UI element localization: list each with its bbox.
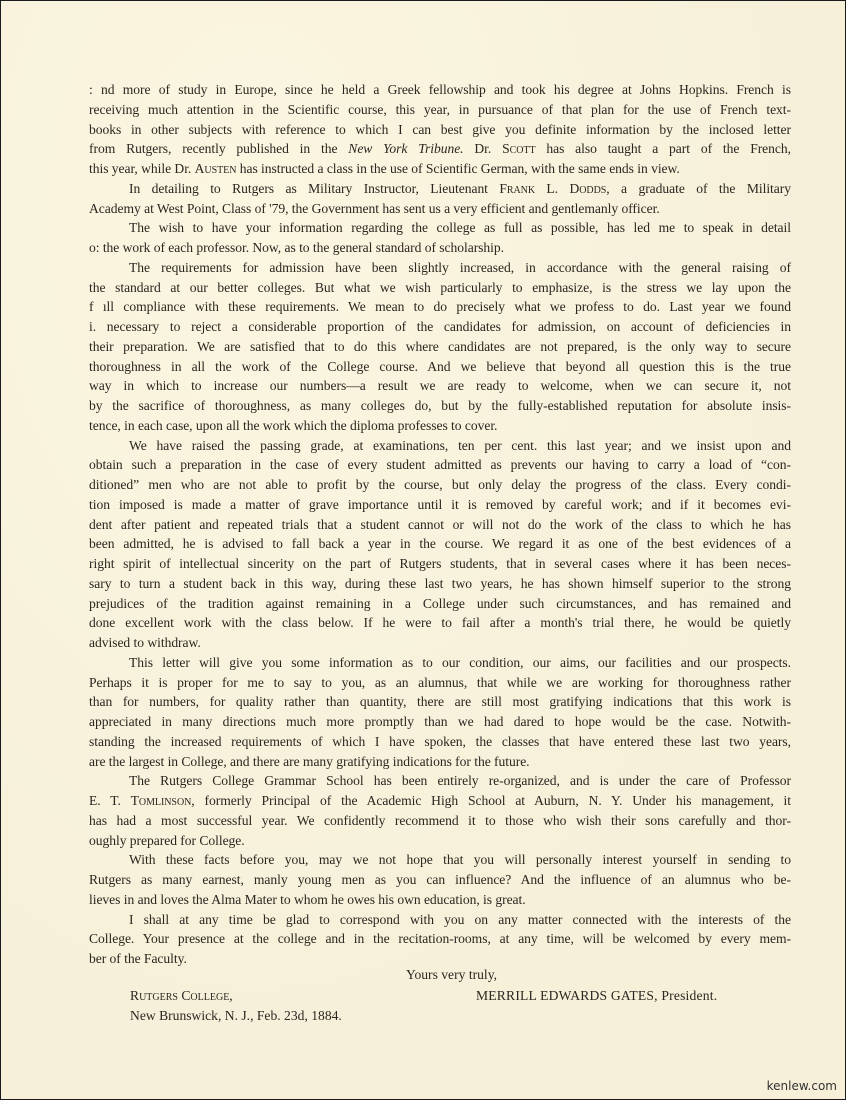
- letter-closing: Yours very truly, Rutgers College, MERRI…: [1, 1, 845, 1099]
- salutation: Yours very truly,: [406, 967, 497, 983]
- letter-page: : nd more of study in Europe, since he h…: [1, 1, 845, 1099]
- institution: Rutgers College,: [130, 988, 233, 1004]
- signature: MERRILL EDWARDS GATES, President.: [476, 988, 717, 1004]
- place-date: New Brunswick, N. J., Feb. 23d, 1884.: [130, 1008, 342, 1024]
- watermark: kenlew.com: [767, 1079, 837, 1093]
